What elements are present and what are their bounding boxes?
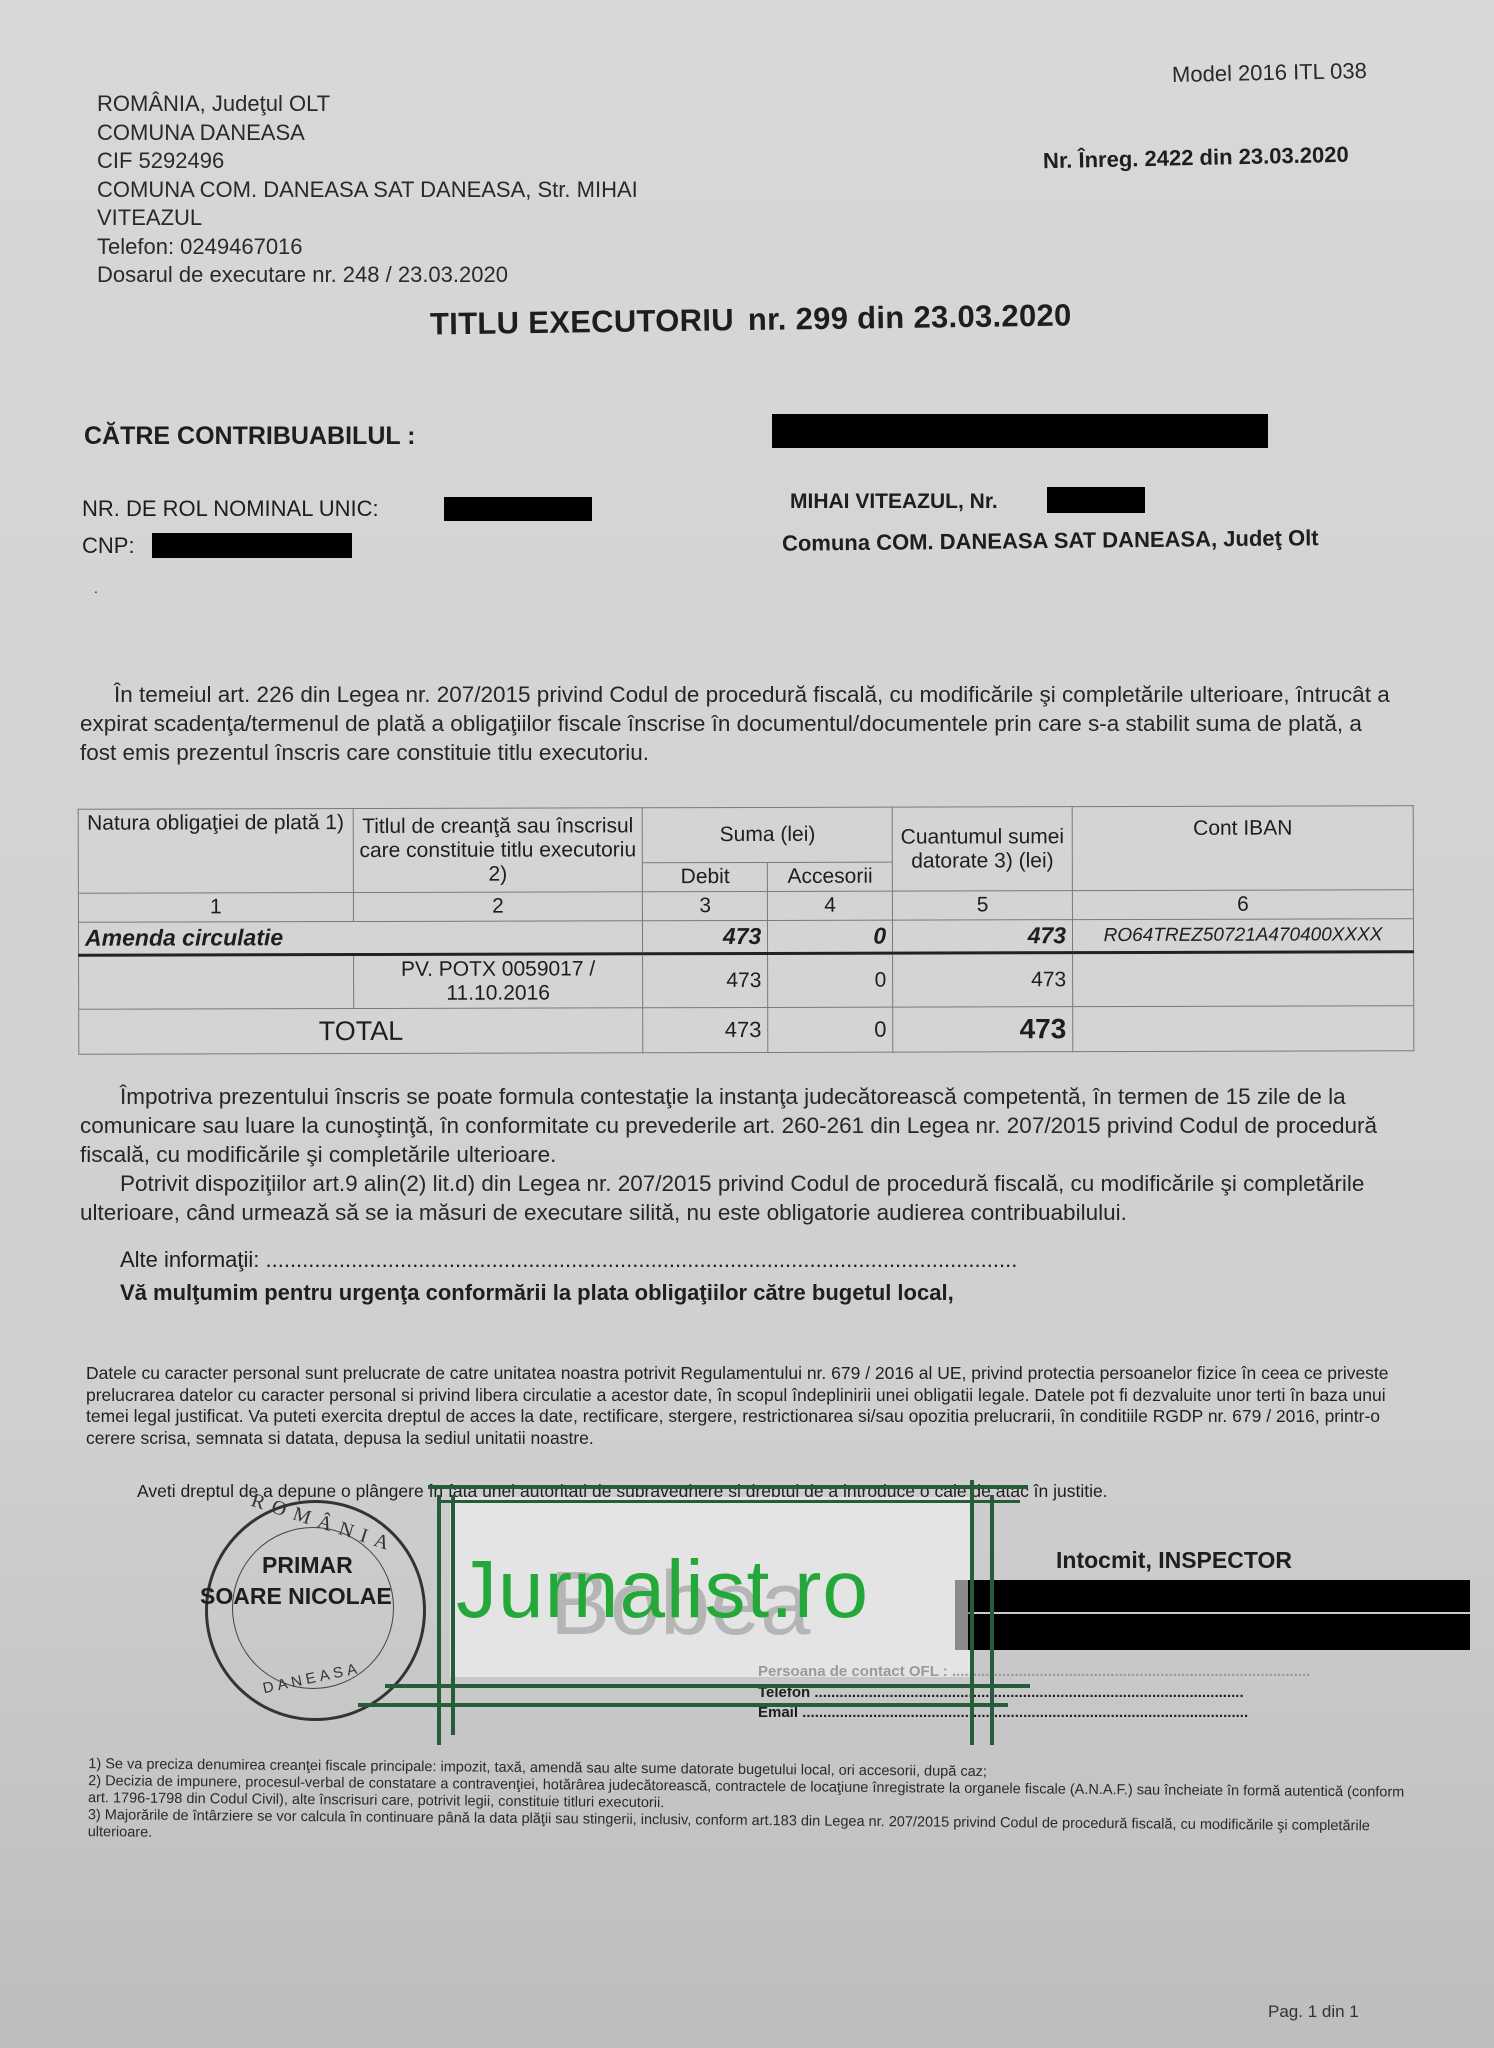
group-debit: 473 [643, 920, 768, 953]
recipient-address-locality: Comuna COM. DANEASA SAT DANEASA, Judeţ O… [782, 525, 1319, 557]
cnp-label: CNP: [82, 533, 135, 559]
gdpr-notice: Datele cu caracter personal sunt prelucr… [86, 1363, 1426, 1449]
issuer-line: Dosarul de executare nr. 248 / 23.03.202… [97, 261, 638, 290]
recipient-label: CĂTRE CONTRIBUABILUL : [84, 422, 415, 451]
iban-value: RO64TREZ50721A470400XXXX [1073, 919, 1414, 953]
intro-text: În temeiul art. 226 din Legea nr. 207/20… [80, 680, 1400, 767]
footnotes: 1) Se va preciza denumirea creanţei fisc… [88, 1756, 1429, 1853]
watermark-frame-line [385, 1684, 1030, 1688]
mayor-name: SOARE NICOLAE [200, 1583, 392, 1610]
titlu-line: PV. POTX 0059017 / [360, 957, 637, 982]
contestatie-text: Împotriva prezentului înscris se poate f… [80, 1082, 1400, 1169]
header-suma: Suma (lei) [643, 807, 893, 863]
issuer-line: VITEAZUL [97, 204, 638, 233]
watermark-frame-line [451, 1495, 455, 1735]
obligations-table: Natura obligaţiei de plată 1) Titlul de … [78, 805, 1415, 1054]
issuer-line: COMUNA DANEASA [97, 119, 638, 148]
header-titlul: Titlul de creanţă sau înscrisul care con… [353, 808, 643, 893]
detail-cuantum: 473 [893, 953, 1073, 1007]
titlu-cell: PV. POTX 0059017 / 11.10.2016 [353, 954, 643, 1009]
total-label: TOTAL [79, 1008, 643, 1054]
column-number: 2 [353, 892, 643, 922]
redaction-bar-street-number [1047, 487, 1145, 513]
header-debit: Debit [643, 862, 768, 891]
header-iban: Cont IBAN [1072, 806, 1413, 891]
total-cuantum: 473 [893, 1007, 1073, 1052]
redaction-bar-inspector-1 [968, 1580, 1470, 1612]
header-natura: Natura obligaţiei de plată 1) [78, 809, 353, 894]
page-number: Pag. 1 din 1 [1268, 2002, 1359, 2022]
empty-cell [79, 955, 354, 1010]
empty-cell [1073, 1006, 1414, 1052]
title-number: nr. 299 din 23.03.2020 [748, 298, 1072, 338]
watermark-frame-line [990, 1495, 994, 1745]
redaction-bar-cnp [152, 533, 352, 558]
mayor-title: PRIMAR [262, 1552, 353, 1579]
form-model: Model 2016 ITL 038 [1172, 58, 1367, 88]
empty-cell [1073, 952, 1414, 1007]
redaction-bar-rol [444, 497, 592, 521]
table-row-group: Amenda circulatie 473 0 473 RO64TREZ5072… [78, 919, 1413, 955]
watermark-frame-line [358, 1703, 1008, 1707]
title-main: TITLU EXECUTORIU [430, 302, 734, 341]
watermark-frame-line [428, 1485, 1028, 1489]
column-number-row: 1 2 3 4 5 6 [78, 890, 1413, 922]
detail-debit: 473 [643, 953, 768, 1007]
recipient-address-street: MIHAI VITEAZUL, Nr. [790, 490, 998, 514]
issuer-line: CIF 5292496 [97, 147, 638, 176]
detail-accesorii: 0 [768, 953, 893, 1007]
rol-label: NR. DE ROL NOMINAL UNIC: [82, 496, 379, 522]
watermark-frame-line [437, 1495, 441, 1745]
issuer-line: ROMÂNIA, Judeţul OLT [97, 90, 638, 119]
total-debit: 473 [643, 1007, 768, 1052]
document-title: TITLU EXECUTORIUnr. 299 din 23.03.2020 [430, 298, 1072, 343]
header-accesorii: Accesorii [768, 862, 893, 891]
table-row: PV. POTX 0059017 / 11.10.2016 473 0 473 [79, 952, 1414, 1009]
column-number: 3 [643, 891, 768, 920]
stray-dot: . [94, 580, 98, 596]
column-number: 6 [1072, 890, 1413, 920]
intro-paragraph: În temeiul art. 226 din Legea nr. 207/20… [80, 680, 1400, 767]
table-row-total: TOTAL 473 0 473 [79, 1006, 1414, 1054]
obligation-name: Amenda circulatie [78, 921, 642, 955]
column-number: 4 [768, 891, 893, 920]
column-number: 1 [78, 893, 353, 923]
issuer-line: Telefon: 0249467016 [97, 233, 638, 262]
watermark-frame-line [440, 1500, 1020, 1503]
header-cuantum: Cuantumul sumei datorate 3) (lei) [892, 807, 1072, 891]
audiere-text: Potrivit dispoziţiilor art.9 alin(2) lit… [80, 1169, 1400, 1227]
titlu-line: 11.10.2016 [360, 981, 637, 1006]
group-accesorii: 0 [768, 920, 893, 953]
inspector-title: Intocmit, INSPECTOR [1056, 1547, 1292, 1574]
registration-number: Nr. Înreg. 2422 din 23.03.2020 [1043, 142, 1349, 174]
watermark-logo: Jurnalist.ro [456, 1543, 869, 1637]
thanks-line: Vă mulţumim pentru urgenţa conformării l… [120, 1280, 954, 1306]
contact-person-line: Persoana de contact OFL : ..............… [758, 1663, 1310, 1680]
group-cuantum: 473 [893, 920, 1073, 953]
column-number: 5 [893, 891, 1073, 920]
redaction-bar-inspector-2 [968, 1614, 1470, 1650]
issuer-line: COMUNA COM. DANEASA SAT DANEASA, Str. MI… [97, 176, 638, 205]
total-accesorii: 0 [768, 1007, 893, 1052]
issuer-header: ROMÂNIA, Judeţul OLT COMUNA DANEASA CIF … [97, 90, 638, 290]
alte-informatii: Alte informaţii: .......................… [120, 1247, 1017, 1273]
redaction-bar-name [772, 414, 1268, 448]
legal-paragraphs: Împotriva prezentului înscris se poate f… [80, 1082, 1400, 1227]
